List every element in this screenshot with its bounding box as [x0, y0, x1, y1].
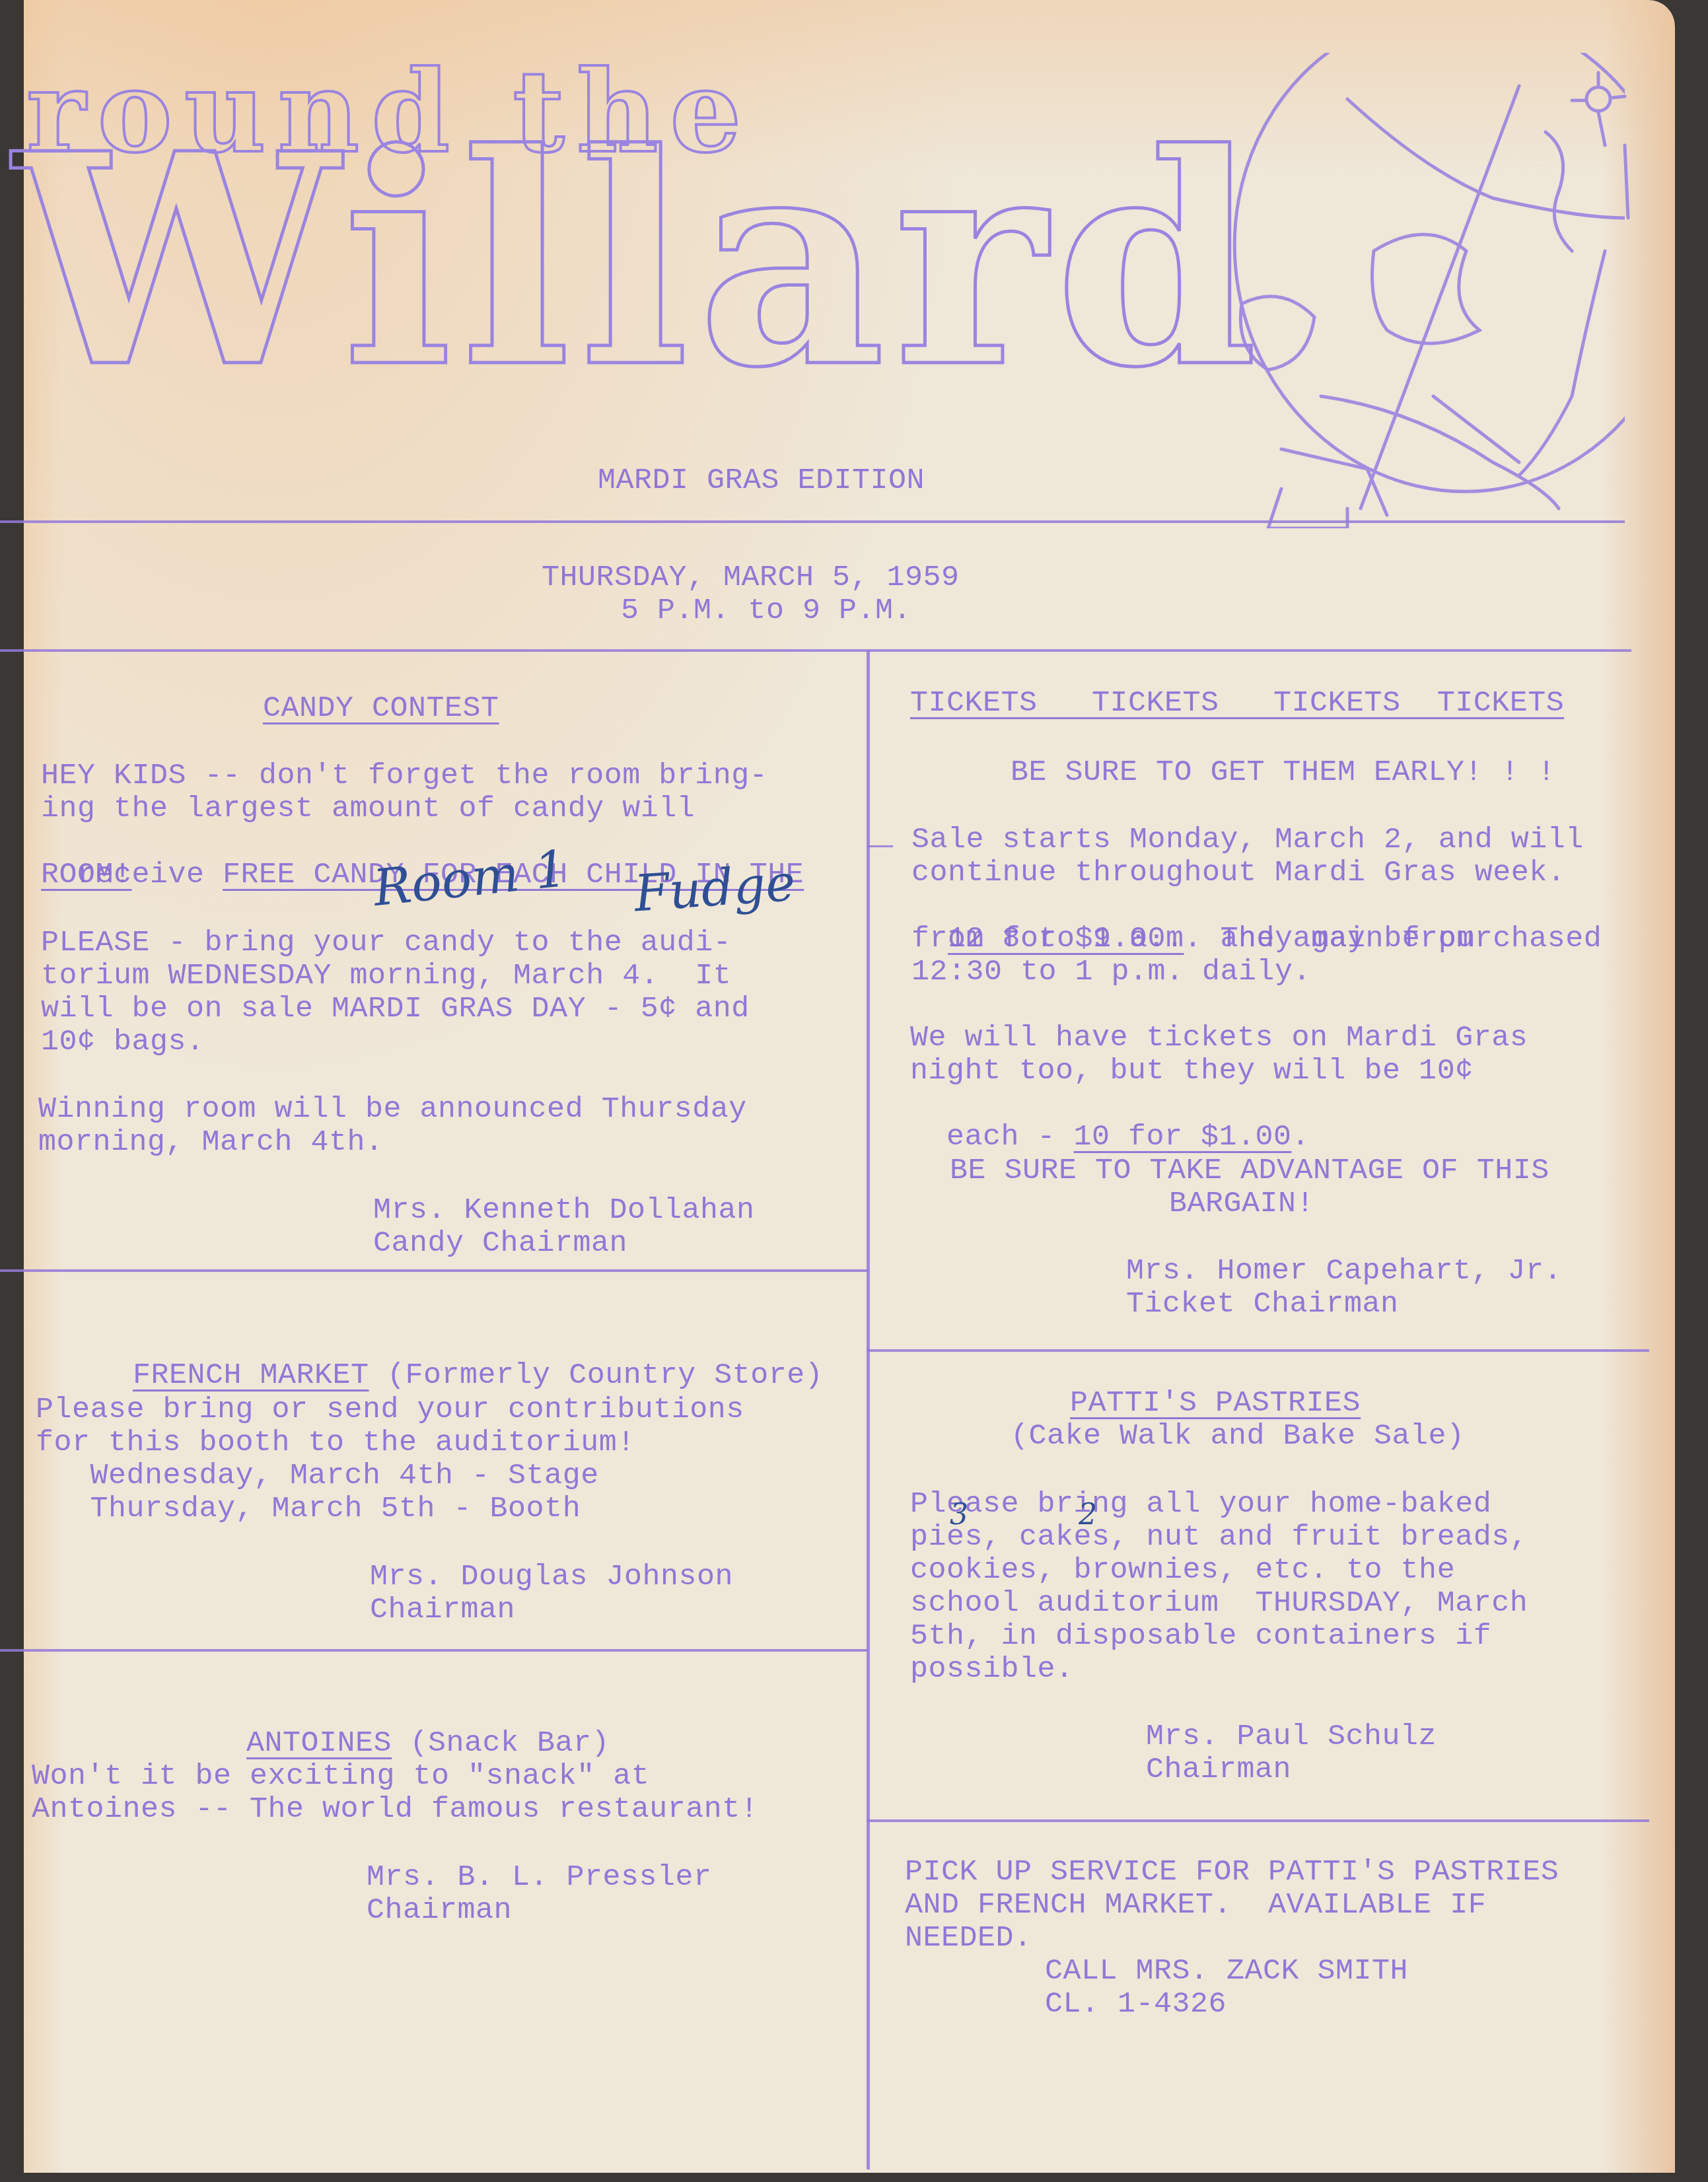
event-date: THURSDAY, MARCH 5, 1959 — [542, 561, 960, 594]
section-divider — [867, 1819, 1649, 1822]
section-divider — [0, 1269, 869, 1272]
tickets-text: each - 10 for $1.00. — [910, 1088, 1310, 1154]
tickets-heading: TICKETS TICKETS TICKETS TICKETS — [910, 687, 1564, 720]
candy-contest-text: HEY KIDS -- don't forget the room bring- — [41, 759, 767, 792]
signature-name: Mrs. Douglas Johnson — [370, 1561, 733, 1594]
french-market-heading: FRENCH MARKET (Formerly Country Store) — [96, 1326, 823, 1392]
tickets-subheading: BE SURE TO GET THEM EARLY! ! ! — [1011, 756, 1555, 789]
edition-label: MARDI GRAS EDITION — [598, 464, 925, 497]
handwritten-mark: 3 — [950, 1498, 968, 1531]
sun-icon — [1559, 66, 1638, 238]
candy-contest-heading: CANDY CONTEST — [263, 692, 499, 725]
price-span: 10 for $1.00 — [1074, 1120, 1292, 1154]
antoines-heading: ANTOINES (Snack Bar) — [210, 1694, 610, 1760]
candy-contest-text: ing the largest amount of candy will — [41, 792, 695, 826]
signature-title: Chairman — [370, 1594, 515, 1627]
signature-name: Mrs. B. L. Pressler — [367, 1861, 712, 1894]
signature-name: Mrs. Paul Schulz — [1146, 1720, 1437, 1753]
tickets-text: night too, but they will be 10¢ — [910, 1055, 1474, 1088]
pastries-text: 5th, in disposable containers if — [910, 1620, 1491, 1653]
tickets-callout: BE SURE TO TAKE ADVANTAGE OF THIS — [950, 1154, 1549, 1187]
divider-line — [0, 649, 1631, 652]
signature-title: Chairman — [1146, 1753, 1291, 1786]
signature-name: Mrs. Kenneth Dollahan — [373, 1194, 755, 1227]
heading-suffix: (Snack Bar) — [392, 1726, 610, 1760]
handwritten-note: Fudge — [632, 853, 797, 923]
globe-drawing-icon — [1149, 53, 1625, 528]
contact-phone: CL. 1-4326 — [1045, 1988, 1227, 2021]
french-market-text: for this booth to the auditorium! — [36, 1426, 635, 1460]
pastries-text: possible. — [910, 1653, 1074, 1686]
heading-span: ANTOINES — [246, 1726, 392, 1760]
pastries-subheading: (Cake Walk and Bake Sale) — [1011, 1420, 1465, 1453]
candy-contest-text: torium WEDNESDAY morning, March 4. It — [41, 960, 731, 993]
tickets-text: from 8 to 9 a.m. and again from — [911, 923, 1475, 956]
pastries-heading: PATTI'S PASTRIES — [1070, 1387, 1361, 1420]
tickets-callout: BARGAIN! — [1169, 1187, 1314, 1220]
signature-title: Chairman — [367, 1894, 512, 1927]
candy-contest-text: morning, March 4th. — [38, 1126, 384, 1159]
heading-span: FRENCH MARKET — [133, 1358, 369, 1392]
section-divider — [0, 1649, 869, 1652]
pickup-text: NEEDED. — [905, 1922, 1032, 1955]
pickup-text: PICK UP SERVICE FOR PATTI'S PASTRIES — [905, 1856, 1559, 1889]
tickets-text: 12:30 to 1 p.m. daily. — [911, 956, 1311, 989]
pastries-text: pies, cakes, nut and fruit breads, — [910, 1521, 1528, 1554]
antoines-text: Won't it be exciting to "snack" at — [32, 1760, 649, 1793]
candy-contest-text: PLEASE - bring your candy to the audi- — [41, 927, 731, 960]
tick-mark — [867, 845, 893, 847]
contact-name: CALL MRS. ZACK SMITH — [1045, 1955, 1408, 1988]
heading-suffix: (Formerly Country Store) — [369, 1358, 824, 1392]
tickets-text: Sale starts Monday, March 2, and will — [911, 824, 1584, 857]
masthead-title: Willard — [13, 116, 1265, 406]
french-market-text: Wednesday, March 4th - Stage — [36, 1460, 599, 1493]
tickets-text: continue throughout Mardi Gras week. — [911, 857, 1565, 890]
french-market-text: Thursday, March 5th - Booth — [36, 1493, 581, 1526]
candy-contest-text: 10¢ bags. — [41, 1026, 205, 1059]
handwritten-mark: 2 — [1079, 1498, 1097, 1531]
signature-title: Ticket Chairman — [1126, 1288, 1399, 1321]
section-divider — [867, 1349, 1649, 1352]
column-divider — [867, 651, 870, 2169]
pastries-text: cookies, brownies, etc. to the — [910, 1554, 1455, 1587]
french-market-text: Please bring or send your contributions — [36, 1393, 744, 1426]
candy-contest-text: Winning room will be announced Thursday — [38, 1093, 747, 1126]
signature-title: Candy Chairman — [373, 1227, 627, 1260]
text-span: . — [1292, 1120, 1310, 1154]
divider-line — [0, 520, 1625, 523]
candy-contest-text: will be on sale MARDI GRAS DAY - 5¢ and — [41, 993, 750, 1026]
tickets-text: We will have tickets on Mardi Gras — [910, 1022, 1528, 1055]
text-span: each - — [946, 1120, 1074, 1154]
candy-contest-text: ROOM! — [41, 859, 132, 892]
event-time: 5 P.M. to 9 P.M. — [621, 594, 911, 627]
antoines-text: Antoines -- The world famous restaurant! — [32, 1793, 758, 1826]
pastries-text: Please bring all your home-baked — [910, 1488, 1491, 1521]
signature-name: Mrs. Homer Capehart, Jr. — [1126, 1255, 1562, 1288]
pickup-text: AND FRENCH MARKET. AVAILABLE IF — [905, 1889, 1486, 1922]
pastries-text: school auditorium THURSDAY, March — [910, 1587, 1528, 1620]
